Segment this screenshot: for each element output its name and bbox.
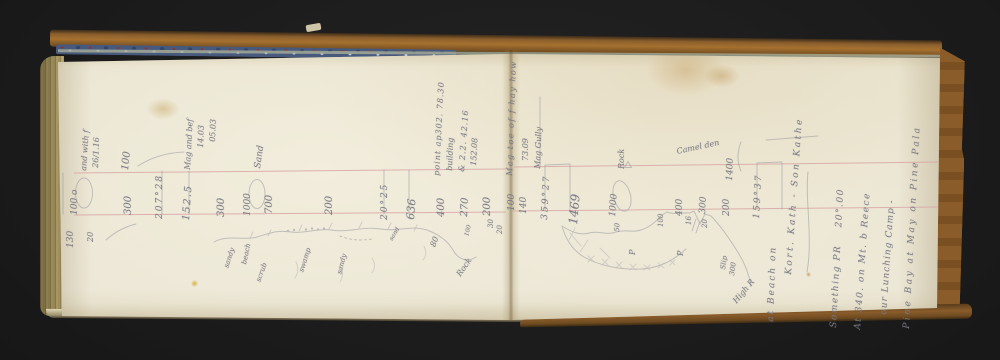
handwriting-note: Mag Gully — [534, 127, 543, 169]
band-value: 100 — [508, 194, 517, 211]
band-value: 1000 — [244, 193, 253, 216]
band-value: 636 — [405, 198, 417, 220]
handwriting-note: 05.03 — [209, 119, 218, 142]
band-value: 270 — [460, 197, 471, 217]
band-value: 1000 — [609, 194, 620, 217]
handwriting-note: 14.03 — [197, 125, 206, 148]
handwriting-note: 73.09 — [522, 138, 530, 161]
handwriting-note: 20 — [87, 232, 95, 242]
band-value: 200 — [483, 197, 493, 216]
band-value: 400 — [676, 199, 685, 216]
band-value: 200 — [723, 199, 732, 216]
sketch-label: P — [677, 251, 685, 256]
band-value: 300 — [217, 198, 227, 217]
band-value: 140 — [520, 197, 529, 214]
handwriting-note: 130 — [67, 231, 76, 248]
band-value: 300 — [699, 196, 709, 214]
handwriting-note: 26/1.16 — [92, 137, 101, 168]
band-value: 207°28 — [156, 174, 165, 219]
band-value: 300 — [124, 196, 134, 215]
handwriting-note: Rock — [618, 149, 626, 169]
sketch-label: 16 — [686, 216, 693, 225]
band-value: 1469 — [567, 194, 582, 225]
band-value: 100 o — [71, 190, 80, 215]
band-value: 20°25 — [381, 183, 390, 220]
sketch-label: 20 — [702, 219, 709, 228]
notebook-photo: and with f 26/1.16 100 Mag and bef 14.03… — [0, 0, 1000, 360]
handwriting-note: building — [446, 137, 455, 171]
sketch-label: 50 — [614, 223, 621, 232]
handwriting-note: 1400 — [726, 158, 736, 181]
band-value: 200 — [325, 196, 335, 215]
sketch-label: 100 — [658, 214, 665, 227]
pencil-sketch-and-ruling — [0, 0, 1000, 360]
handwriting-note: 30 — [488, 219, 495, 228]
band-value: 700 — [265, 195, 275, 214]
handwriting-note: 100 — [121, 151, 133, 171]
band-value: 400 — [437, 198, 447, 217]
sketch-label: P — [629, 250, 637, 255]
handwriting-note: 20 — [497, 225, 504, 234]
handwriting-note: 152.08 — [470, 138, 479, 166]
